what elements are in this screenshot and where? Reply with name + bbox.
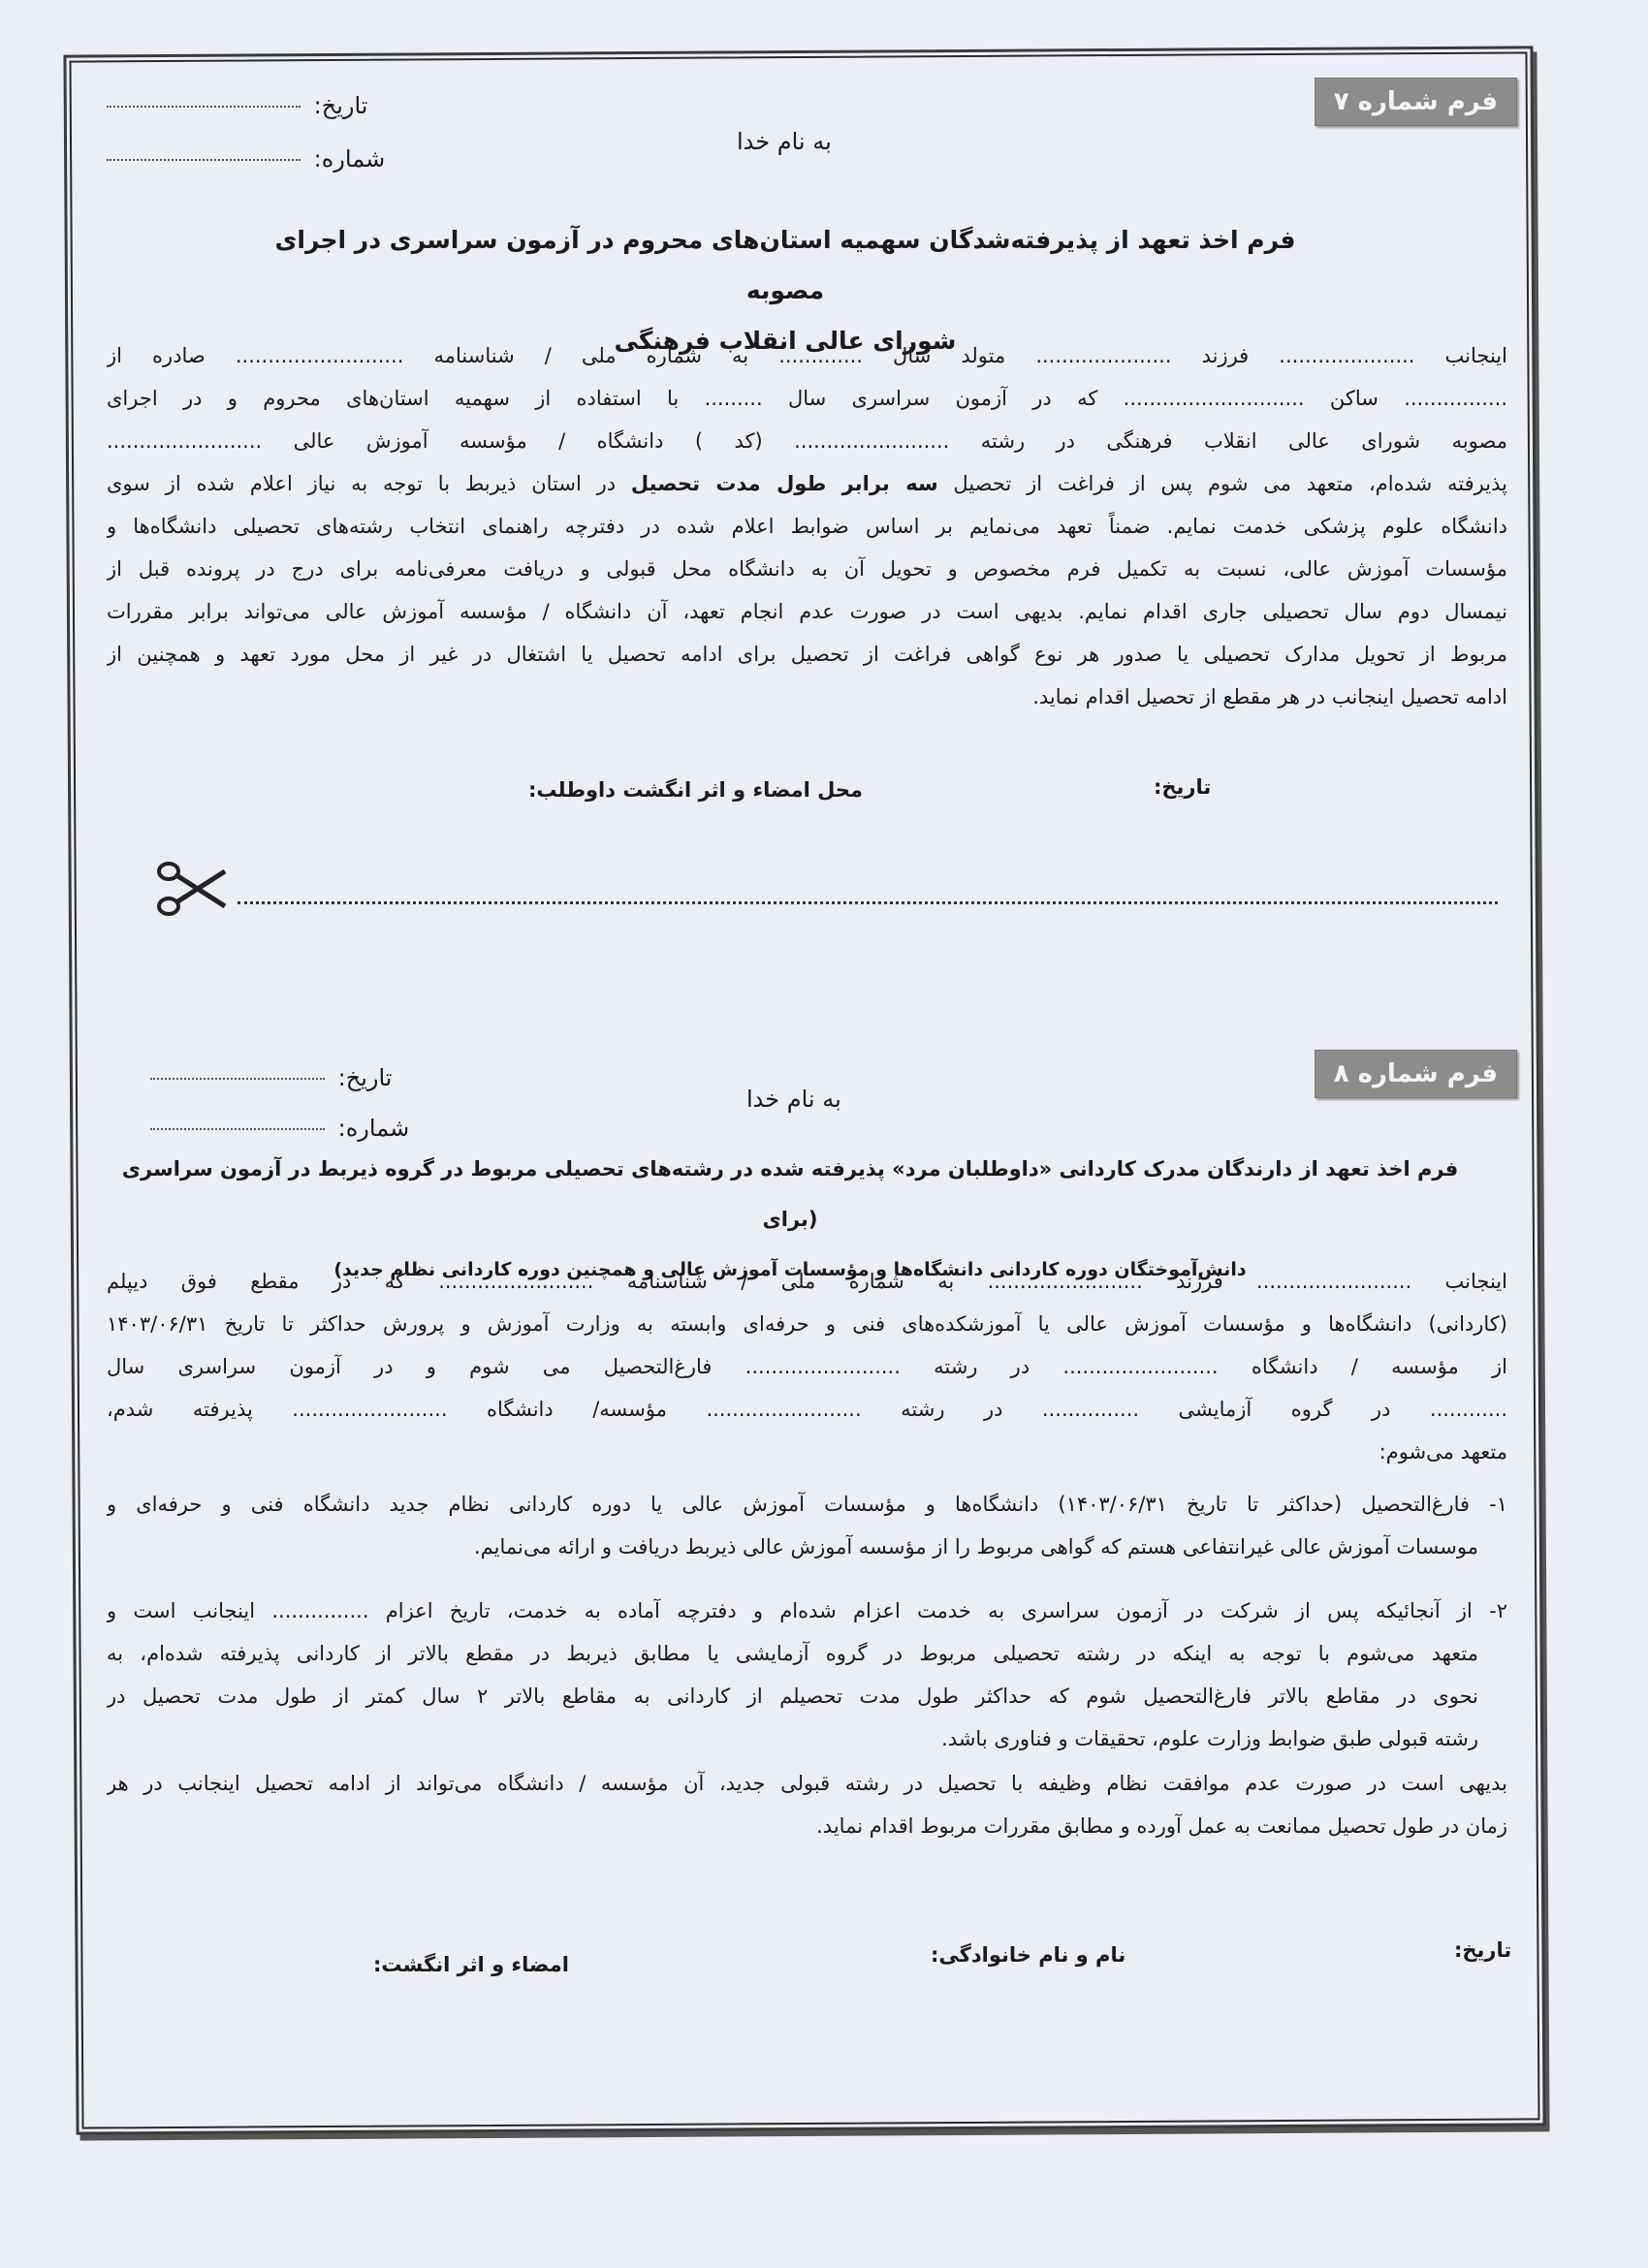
form7-title-line1: فرم اخذ تعهد از پذیرفته‌شدگان سهمیه استا… (242, 215, 1328, 316)
form8-number-blank[interactable] (150, 1128, 325, 1130)
form8-date-blank[interactable] (150, 1078, 325, 1080)
form8-item-2: ۲- از آنجائیکه پس از شرکت در آزمون سراسر… (107, 1590, 1507, 1760)
form8-item-line: نحوی در مقاطع بالاتر فارغ‌التحصیل شوم که… (107, 1675, 1507, 1717)
form7-line: اینجانب ..................... فرزند ....… (107, 334, 1507, 377)
form8-sign-signature: امضاء و اثر انگشت: (373, 1953, 569, 1976)
form8-intro: اینجانب ........................ فرزند .… (107, 1260, 1507, 1473)
form8-number-field: شماره: (150, 1115, 409, 1142)
form7-badge: فرم شماره ۷ (1315, 78, 1517, 126)
form8-item-line: ۱- فارغ‌التحصیل (حداکثر تا تاریخ ۱۴۰۳/۰۶… (107, 1483, 1507, 1526)
form7-line: دانشگاه علوم پزشکی خدمت نمایم. ضمناً تعه… (107, 505, 1507, 548)
form8-item-line: رشته قبولی طبق ضوابط وزارت علوم، تحقیقات… (107, 1717, 1507, 1760)
form7-sign-place: محل امضاء و اثر انگشت داوطلب: (528, 778, 863, 802)
form7-line: مربوط از تحویل مدارک تحصیلی یا صدور هر ن… (107, 633, 1507, 676)
form7-line: ادامه تحصیل اینجانب در هر مقطع از تحصیل … (107, 676, 1507, 718)
item-number: ۲- (1489, 1599, 1507, 1622)
form7-date-field: تاریخ: (107, 92, 367, 119)
item-number: ۱- (1489, 1493, 1507, 1516)
form7-number-blank[interactable] (107, 159, 301, 161)
form7-line: پذیرفته شده‌ام، متعهد می شوم پس از فراغت… (107, 462, 1507, 505)
form8-badge: فرم شماره ۸ (1315, 1050, 1517, 1098)
form7-sign-date: تاریخ: (1154, 775, 1211, 799)
form8-line: متعهد می‌شوم: (107, 1431, 1507, 1473)
item-text: فارغ‌التحصیل (حداکثر تا تاریخ ۱۴۰۳/۰۶/۳۱… (107, 1493, 1470, 1516)
form7-number-label: شماره: (314, 145, 386, 173)
form8-item-1: ۱- فارغ‌التحصیل (حداکثر تا تاریخ ۱۴۰۳/۰۶… (107, 1483, 1507, 1568)
scissors-icon (155, 858, 228, 921)
form7-line: مؤسسات آموزش عالی، نسبت به تکمیل فرم مخص… (107, 548, 1507, 590)
form7-date-label: تاریخ: (314, 92, 368, 119)
form7-number-field: شماره: (107, 145, 385, 173)
form7-line: نیمسال دوم سال تحصیلی جاری اقدام نمایم. … (107, 590, 1507, 633)
form7-body: اینجانب ..................... فرزند ....… (107, 334, 1507, 718)
form7-date-blank[interactable] (107, 106, 301, 108)
form8-title-line1: فرم اخذ تعهد از دارندگان مدرک کاردانی «د… (111, 1144, 1469, 1244)
form8-date-label: تاریخ: (338, 1064, 393, 1091)
form7-line: مصوبه شورای عالی انقلاب فرهنگی در رشته .… (107, 420, 1507, 462)
form7-line: ................ ساکن ..................… (107, 377, 1507, 420)
form8-item-line: موسسات آموزش عالی غیرانتفاعی هستم که گوا… (107, 1526, 1507, 1568)
cut-line (238, 901, 1498, 904)
form8-item-line: متعهد می‌شوم با توجه به اینکه در رشته تح… (107, 1632, 1507, 1675)
form8-line: ............ در گروه آزمایشی ...........… (107, 1388, 1507, 1431)
form8-line: (کاردانی) دانشگاه‌ها و مؤسسات آموزش عالی… (107, 1303, 1507, 1345)
emphasis-text: سه برابر طول مدت تحصیل (631, 472, 938, 495)
form8-item-line: ۲- از آنجائیکه پس از شرکت در آزمون سراسر… (107, 1590, 1507, 1632)
form8-number-label: شماره: (338, 1115, 410, 1142)
form7-basmala: به نام خدا (737, 128, 832, 155)
form8-date-field: تاریخ: (150, 1064, 392, 1091)
form8-sign-date: تاریخ: (1454, 1938, 1511, 1962)
form8-line: زمان در طول تحصیل ممانعت به عمل آورده و … (107, 1805, 1507, 1847)
form8-sign-name: نام و نام خانوادگی: (931, 1943, 1125, 1967)
form8-line: بدیهی است در صورت عدم موافقت نظام وظیفه … (107, 1762, 1507, 1805)
form8-line: اینجانب ........................ فرزند .… (107, 1260, 1507, 1303)
form8-line: از مؤسسه / دانشگاه .....................… (107, 1345, 1507, 1388)
item-text: از آنجائیکه پس از شرکت در آزمون سراسری ب… (107, 1599, 1473, 1622)
form8-closing: بدیهی است در صورت عدم موافقت نظام وظیفه … (107, 1762, 1507, 1847)
form8-basmala: به نام خدا (746, 1086, 841, 1113)
